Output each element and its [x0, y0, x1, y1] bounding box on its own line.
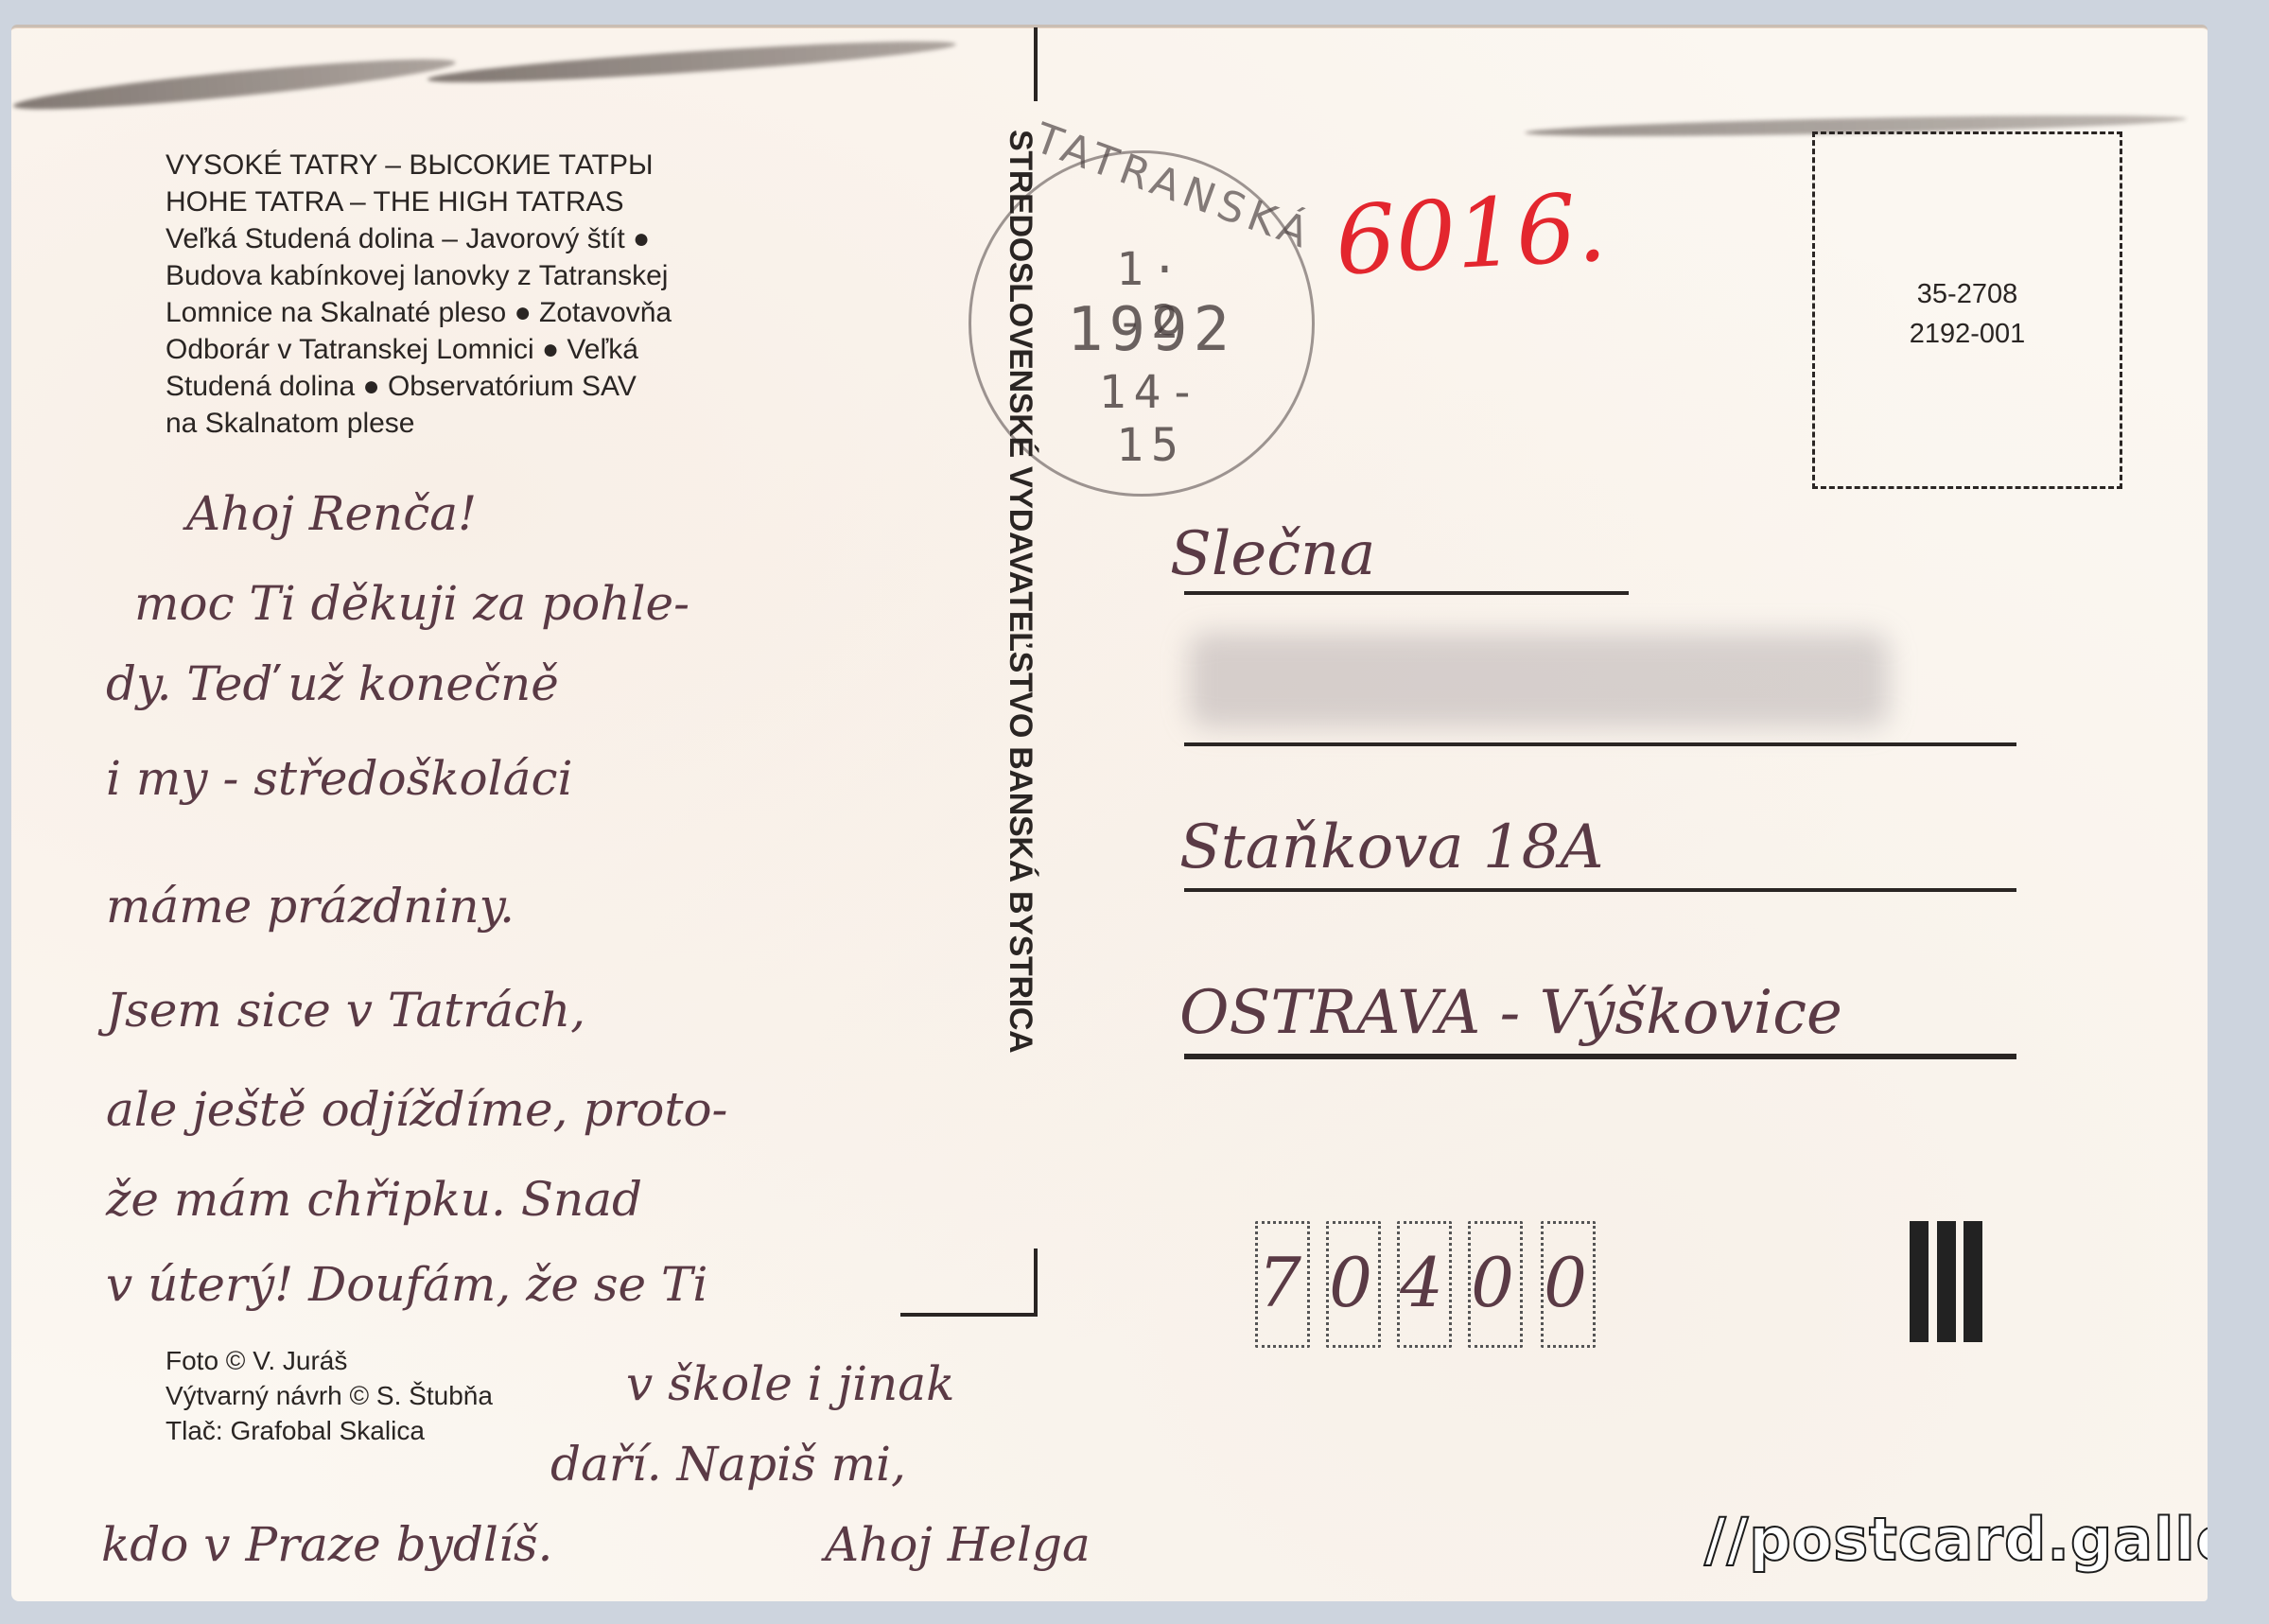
address-city: OSTRAVA - Výškovice	[1179, 978, 1842, 1048]
address-street: Staňkova 18A	[1179, 812, 1604, 882]
sorting-bar	[1937, 1221, 1956, 1342]
message-line: i my - středoškoláci	[106, 751, 572, 806]
postal-code-digit: 0	[1538, 1243, 1593, 1322]
caption-line: Studená dolina ● Observatórium SAV	[166, 368, 672, 405]
message-line: dy. Teď už konečně	[106, 656, 559, 711]
caption-line: Veľká Studená dolina – Javorový štít ●	[166, 220, 672, 257]
caption-line: Odborár v Tatranskej Lomnici ● Veľká	[166, 331, 672, 368]
address-line	[1184, 742, 2016, 746]
stamp-codes: 35-2708 2192-001	[1815, 274, 2120, 354]
reference-number: 6016.	[1333, 172, 1609, 297]
message-line: kdo v Praze bydlíš.	[101, 1517, 552, 1572]
photo-credit: Foto © V. Juráš	[166, 1343, 493, 1378]
message-line: daří. Napiš mi,	[550, 1437, 906, 1492]
caption-text: VYSOKÉ TATRY – ВЫСОКИЕ ТАТРЫ HOHE TATRA …	[166, 147, 672, 442]
sorting-bar	[1964, 1221, 1982, 1342]
caption-line: Budova kabínkovej lanovky z Tatranskej	[166, 257, 672, 294]
divider-line	[1034, 27, 1038, 101]
watermark-logo: //postcard.gallery	[1704, 1505, 2208, 1574]
redacted-name	[1189, 633, 1889, 727]
postmark-time: 14-15	[1066, 366, 1236, 472]
message-line: máme prázdniny.	[106, 879, 515, 934]
postal-code-digit: 7	[1252, 1243, 1307, 1322]
address-line	[1184, 1054, 2016, 1059]
ink-smudge	[427, 34, 956, 90]
ink-smudge	[12, 50, 457, 118]
message-line: v úterý! Doufám, že se Ti	[106, 1257, 707, 1312]
publisher-text: STREDOSLOVENSKÉ VYDAVATEĽSTVO BANSKÁ BYS…	[1002, 130, 1039, 1053]
postal-code-digit: 0	[1465, 1243, 1520, 1322]
message-line: moc Ti děkuji za pohle-	[134, 576, 689, 631]
message-line: že mám chřipku. Snad	[106, 1172, 642, 1227]
postal-code-digit: 4	[1394, 1243, 1449, 1322]
caption-line: na Skalnatom plese	[166, 405, 672, 442]
divider-line	[1034, 1249, 1038, 1317]
design-credit: Výtvarný návrh © S. Štubňa	[166, 1378, 493, 1413]
caption-line: VYSOKÉ TATRY – ВЫСОКИЕ ТАТРЫ	[166, 147, 672, 183]
signature: Ahoj Helga	[825, 1517, 1091, 1572]
address-line	[1184, 591, 1629, 595]
product-code: 35-2708	[1815, 274, 2120, 314]
postmark-town: TATRANSKÁ	[1029, 114, 1320, 260]
caption-line: Lomnice na Skalnaté pleso ● Zotavovňa	[166, 294, 672, 331]
message-line: ale ještě odjíždíme, proto-	[106, 1082, 727, 1137]
message-line: v škole i jinak	[626, 1356, 954, 1411]
postmark-year: 1992	[1066, 295, 1236, 365]
credits: Foto © V. Juráš Výtvarný návrh © S. Štub…	[166, 1343, 493, 1448]
postcard-back: VYSOKÉ TATRY – ВЫСОКИЕ ТАТРЫ HOHE TATRA …	[11, 25, 2208, 1601]
address-salutation: Slečna	[1170, 519, 1375, 589]
stamp-box: 35-2708 2192-001	[1812, 131, 2122, 489]
product-code: 2192-001	[1815, 314, 2120, 354]
divider-line	[900, 1313, 1038, 1317]
sorting-bar	[1910, 1221, 1929, 1342]
caption-line: HOHE TATRA – THE HIGH TATRAS	[166, 183, 672, 220]
message-line: Ahoj Renča!	[186, 486, 477, 541]
postal-code-digit: 0	[1323, 1243, 1378, 1322]
print-credit: Tlač: Grafobal Skalica	[166, 1413, 493, 1448]
address-line	[1184, 888, 2016, 892]
message-line: Jsem sice v Tatrách,	[106, 983, 585, 1038]
